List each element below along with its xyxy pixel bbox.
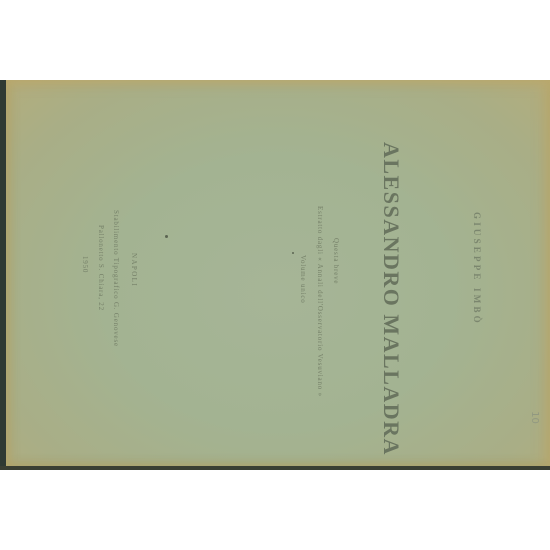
document-title: ALESSANDRO MALLADRA [378, 142, 404, 456]
publisher-name: Stabilimento Tipografico G. Genovese [112, 210, 120, 347]
cover-page [6, 80, 550, 467]
subtitle-line-3: Volume unico [299, 255, 307, 304]
publisher-city: NAPOLI [130, 253, 138, 287]
pencil-annotation: 10 [529, 411, 540, 424]
paper-speck [165, 235, 168, 238]
publication-year: 1950 [81, 256, 89, 273]
publisher-address: Pallonetto S. Chiara, 22 [97, 225, 105, 311]
subtitle-line-1: Questa breve [332, 238, 340, 284]
page-bottom-edge [0, 466, 550, 470]
subtitle-line-2: Estratto dagli « Annali dell'Osservatori… [316, 206, 324, 397]
paper-speck [292, 252, 294, 254]
author-name: GIUSEPPE IMBÒ [472, 212, 482, 326]
